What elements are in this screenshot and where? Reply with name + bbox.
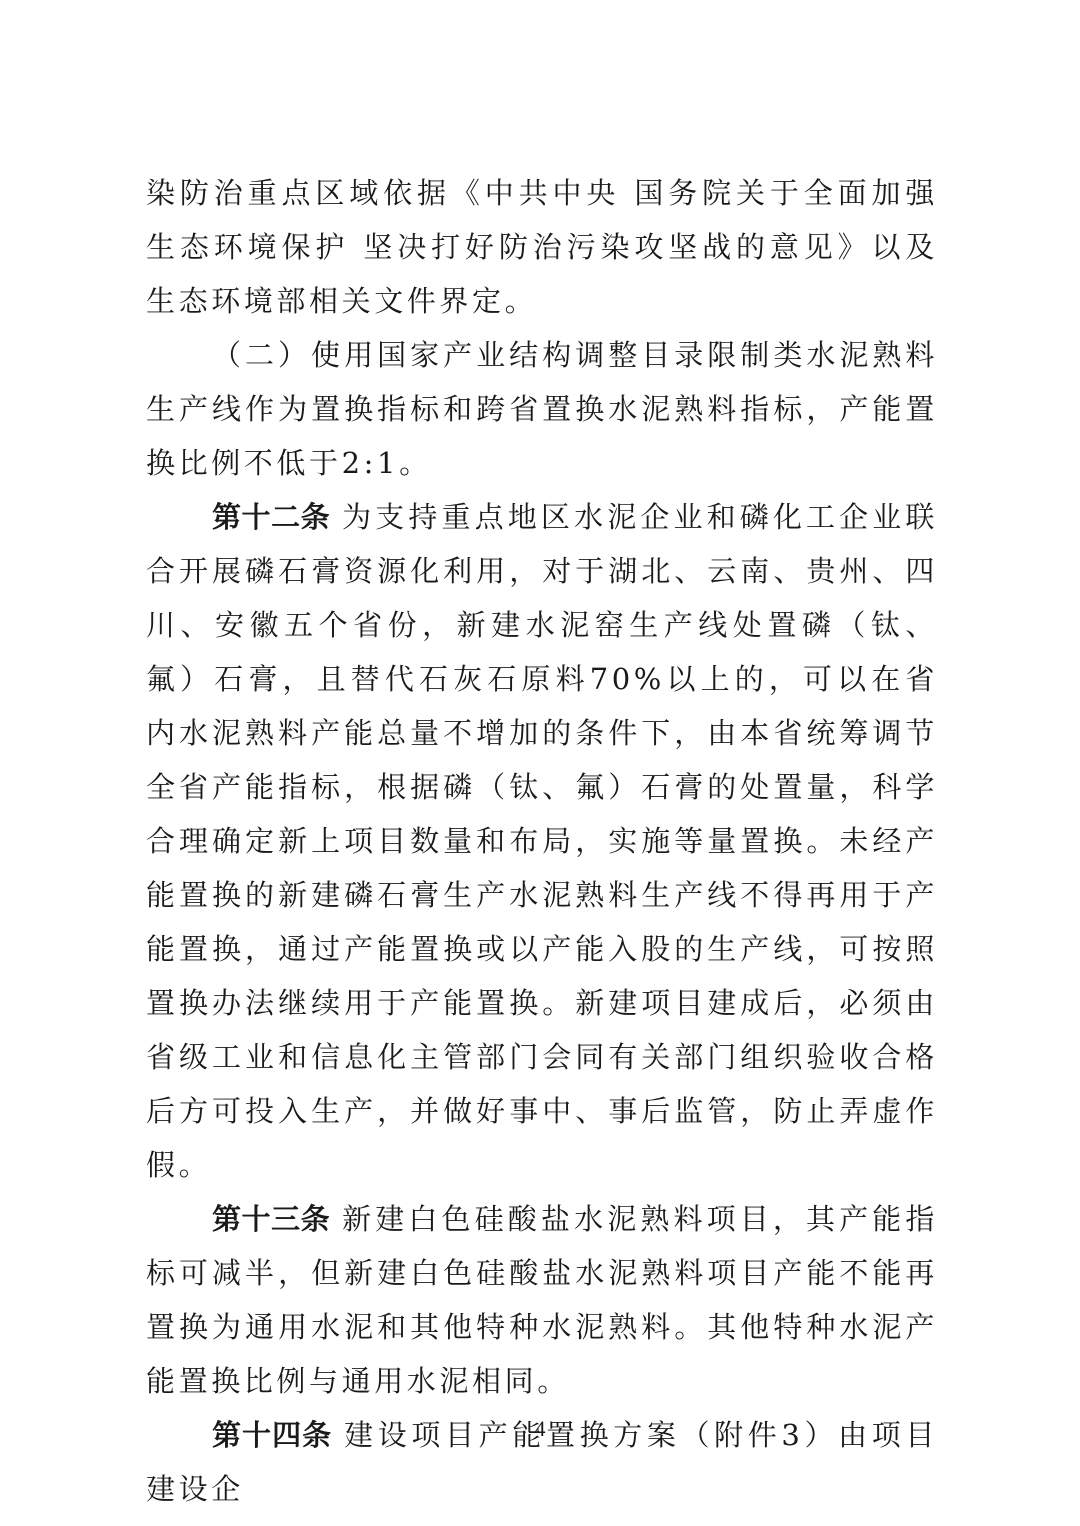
document-page: 染防治重点区域依据《中共中央 国务院关于全面加强生态环境保护 坚决打好防治污染攻… (146, 166, 938, 1516)
article-heading: 第十二条 (212, 500, 330, 534)
paragraph-text: （二）使用国家产业结构调整目录限制类水泥熟料生产线作为置换指标和跨省置换水泥熟料… (146, 338, 938, 480)
article-12: 第十二条为支持重点地区水泥企业和磷化工企业联合开展磷石膏资源化利用，对于湖北、云… (146, 490, 938, 1192)
paragraph-continuation: 染防治重点区域依据《中共中央 国务院关于全面加强生态环境保护 坚决打好防治污染攻… (146, 166, 938, 328)
article-text: 为支持重点地区水泥企业和磷化工企业联合开展磷石膏资源化利用，对于湖北、云南、贵州… (146, 500, 938, 1182)
article-heading: 第十三条 (212, 1202, 330, 1236)
paragraph-item-2: （二）使用国家产业结构调整目录限制类水泥熟料生产线作为置换指标和跨省置换水泥熟料… (146, 328, 938, 490)
article-13: 第十三条新建白色硅酸盐水泥熟料项目，其产能指标可减半，但新建白色硅酸盐水泥熟料项… (146, 1192, 938, 1408)
paragraph-text: 染防治重点区域依据《中共中央 国务院关于全面加强生态环境保护 坚决打好防治污染攻… (146, 176, 938, 318)
page-number: 4 (0, 1416, 1080, 1442)
